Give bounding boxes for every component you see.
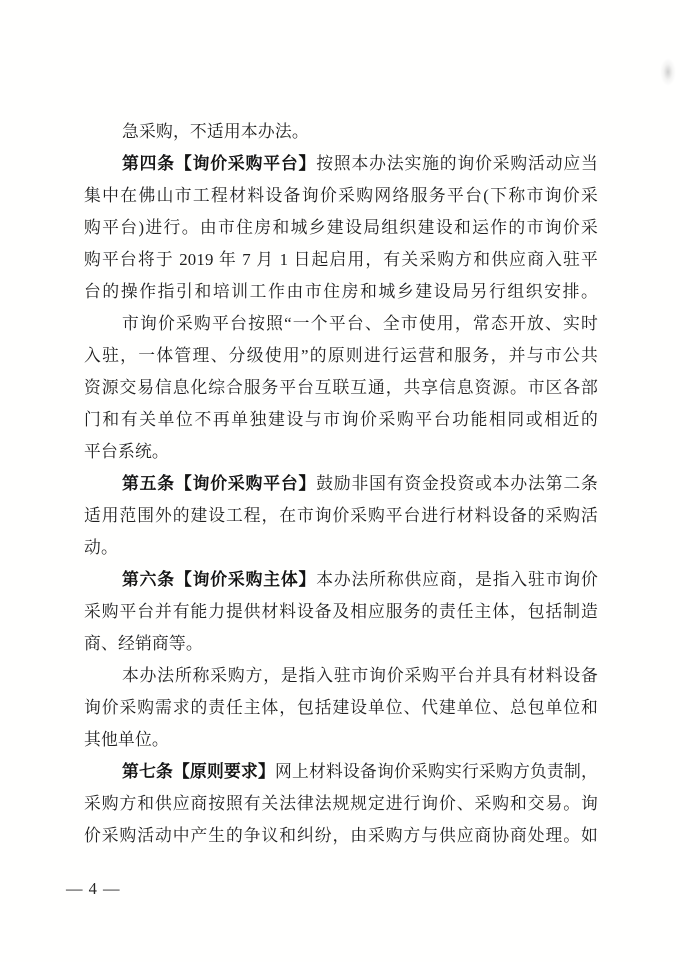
body-text: 采购方和供应商按照有关法律法规规定进行询价、采购和交易。询 <box>84 794 598 813</box>
body-text: 市询价采购平台按照“一个平台、全市使用，常态开放、实时 <box>122 314 598 333</box>
text-line: 价采购活动中产生的争议和纠纷，由采购方与供应商协商处理。如 <box>84 820 598 852</box>
text-line: 台的操作指引和培训工作由市住房和城乡建设局另行组织安排。 <box>84 276 598 308</box>
text-line: 采购平台并有能力提供材料设备及相应服务的责任主体，包括制造 <box>84 596 598 628</box>
body-text: 其他单位。 <box>84 730 169 749</box>
body-text: 本办法所称供应商，是指入驻市询价 <box>316 570 598 589</box>
text-line: 第六条【询价采购主体】本办法所称供应商，是指入驻市询价 <box>84 564 598 596</box>
body-text: 按照本办法实施的询价采购活动应当 <box>316 154 598 173</box>
body-text: 急采购，不适用本办法。 <box>122 122 309 141</box>
text-line: 第七条【原则要求】网上材料设备询价采购实行采购方负责制， <box>84 756 598 788</box>
body-text: 本办法所称采购方，是指入驻市询价采购平台并具有材料设备 <box>122 666 598 685</box>
body-text: 鼓励非国有资金投资或本办法第二条 <box>316 474 598 493</box>
text-line: 集中在佛山市工程材料设备询价采购网络服务平台(下称市询价采 <box>84 180 598 212</box>
body-text: 购平台将于 2019 年 7 月 1 日起启用，有关采购方和供应商入驻平 <box>84 250 598 269</box>
article-label: 第七条【原则要求】 <box>122 762 275 781</box>
body-text: 平台系统。 <box>84 442 169 461</box>
text-line: 购平台将于 2019 年 7 月 1 日起启用，有关采购方和供应商入驻平 <box>84 244 598 276</box>
body-text: 门和有关单位不再单独建设与市询价采购平台功能相同或相近的 <box>84 410 598 429</box>
article-label: 第六条【询价采购主体】 <box>122 570 316 589</box>
body-text: 价采购活动中产生的争议和纠纷，由采购方与供应商协商处理。如 <box>84 826 598 845</box>
text-line: 急采购，不适用本办法。 <box>84 116 598 148</box>
scan-artifact <box>660 58 676 86</box>
text-line: 第五条【询价采购平台】鼓励非国有资金投资或本办法第二条 <box>84 468 598 500</box>
text-line: 采购方和供应商按照有关法律法规规定进行询价、采购和交易。询 <box>84 788 598 820</box>
text-line: 第四条【询价采购平台】按照本办法实施的询价采购活动应当 <box>84 148 598 180</box>
body-text: 动。 <box>84 538 118 557</box>
body-text: 购平台)进行。由市住房和城乡建设局组织建设和运作的市询价采 <box>84 218 598 237</box>
text-line: 平台系统。 <box>84 436 598 468</box>
text-line: 适用范围外的建设工程，在市询价采购平台进行材料设备的采购活 <box>84 500 598 532</box>
document-page: 急采购，不适用本办法。 第四条【询价采购平台】按照本办法实施的询价采购活动应当 … <box>0 0 680 962</box>
document-body: 急采购，不适用本办法。 第四条【询价采购平台】按照本办法实施的询价采购活动应当 … <box>84 116 598 852</box>
text-line: 入驻，一体管理、分级使用”的原则进行运营和服务，并与市公共 <box>84 340 598 372</box>
body-text: 资源交易信息化综合服务平台互联互通，共享信息资源。市区各部 <box>84 378 598 397</box>
body-text: 入驻，一体管理、分级使用”的原则进行运营和服务，并与市公共 <box>84 346 598 365</box>
text-line: 本办法所称采购方，是指入驻市询价采购平台并具有材料设备 <box>84 660 598 692</box>
text-line: 门和有关单位不再单独建设与市询价采购平台功能相同或相近的 <box>84 404 598 436</box>
body-text: 商、经销商等。 <box>84 634 203 653</box>
article-label: 第四条【询价采购平台】 <box>122 154 316 173</box>
page-number: — 4 — <box>66 873 121 905</box>
body-text: 询价采购需求的责任主体，包括建设单位、代建单位、总包单位和 <box>84 698 598 717</box>
text-line: 商、经销商等。 <box>84 628 598 660</box>
text-line: 询价采购需求的责任主体，包括建设单位、代建单位、总包单位和 <box>84 692 598 724</box>
body-text: 台的操作指引和培训工作由市住房和城乡建设局另行组织安排。 <box>84 282 598 301</box>
body-text: 网上材料设备询价采购实行采购方负责制， <box>275 762 598 781</box>
text-line: 购平台)进行。由市住房和城乡建设局组织建设和运作的市询价采 <box>84 212 598 244</box>
text-line: 市询价采购平台按照“一个平台、全市使用，常态开放、实时 <box>84 308 598 340</box>
body-text: 采购平台并有能力提供材料设备及相应服务的责任主体，包括制造 <box>84 602 598 621</box>
text-line: 动。 <box>84 532 598 564</box>
text-line: 其他单位。 <box>84 724 598 756</box>
body-text: 适用范围外的建设工程，在市询价采购平台进行材料设备的采购活 <box>84 506 598 525</box>
body-text: 集中在佛山市工程材料设备询价采购网络服务平台(下称市询价采 <box>84 186 598 205</box>
text-line: 资源交易信息化综合服务平台互联互通，共享信息资源。市区各部 <box>84 372 598 404</box>
article-label: 第五条【询价采购平台】 <box>122 474 316 493</box>
